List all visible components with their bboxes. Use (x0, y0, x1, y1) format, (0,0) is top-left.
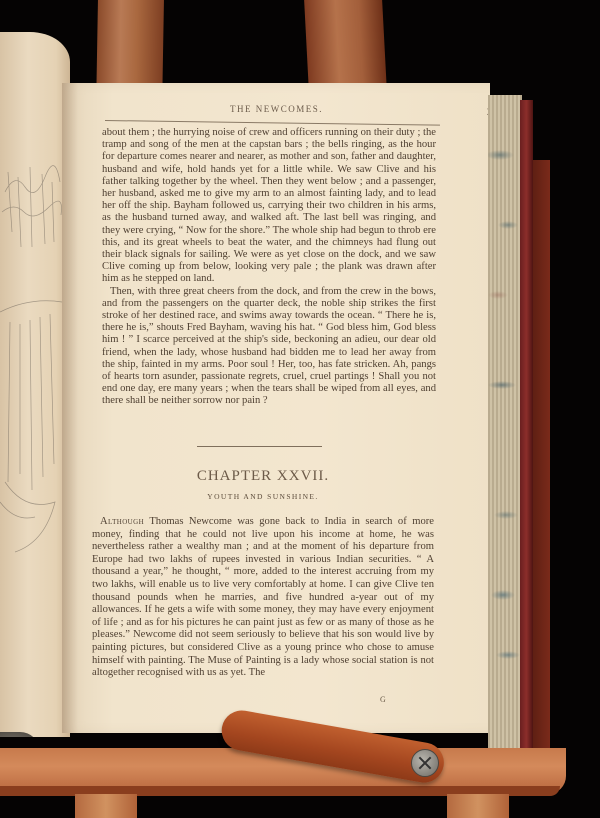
stand-leg-left (75, 794, 137, 818)
signature-mark: G (380, 695, 386, 704)
stand-leg-right (447, 794, 509, 818)
waterfall-illustration-icon (0, 152, 62, 572)
chapter-title: CHAPTER XXVII. (92, 468, 434, 485)
drop-word: Although (92, 516, 144, 527)
page-gutter-shadow (62, 83, 78, 733)
screw-icon (411, 749, 439, 777)
photo-scene: THE NEWCOMES. 225 about them ; the hurry… (0, 0, 600, 818)
running-title: THE NEWCOMES. (230, 104, 323, 114)
chapter-subtitle: YOUTH AND SUNSHINE. (92, 492, 434, 501)
book-cover-edge (520, 100, 533, 750)
left-page-edge (0, 732, 40, 737)
stand-back (530, 160, 550, 760)
paragraph: about them ; the hurrying noise of crew … (102, 127, 436, 286)
paragraph: Then, with three great cheers from the d… (102, 286, 436, 408)
section-divider (197, 446, 322, 447)
left-page (0, 32, 70, 737)
chapter-paragraph: Thomas Newcome was gone back to India in… (92, 516, 434, 678)
chapter-text: Although Thomas Newcome was gone back to… (92, 516, 434, 680)
marble-pattern (488, 95, 522, 750)
page-header: THE NEWCOMES. 225 (70, 104, 470, 118)
body-text: about them ; the hurrying noise of crew … (102, 127, 436, 408)
